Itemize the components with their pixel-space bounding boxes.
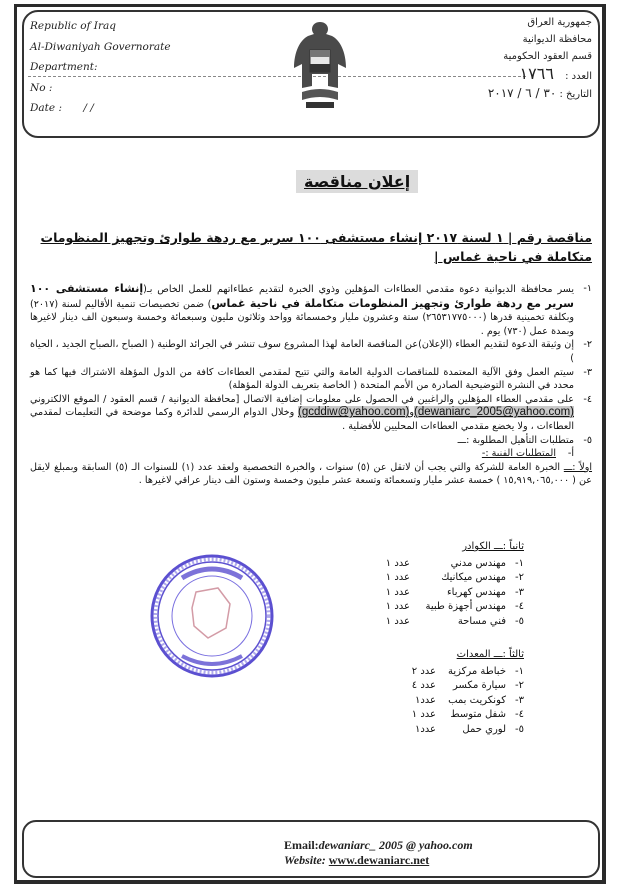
date-label-en: Date : [30,102,62,114]
email-label: Email: [284,838,319,852]
row-num: ٣- [506,694,524,709]
item-number: ٥- [574,434,592,448]
iraq-eagle-emblem-icon [288,16,352,112]
list-item: ٢- إن وثيقة الدعوة لتقديم العطاء (الإعلا… [30,338,592,365]
row-num: ٣- [506,586,524,601]
table-row: ٥-فني مساحةعدد ١ [386,615,524,630]
row-count: عدد ١ [386,557,410,572]
row-num: ٥- [506,615,524,630]
tender-subject: مناقصة رقم | ١ لسنة ٢٠١٧ إنشاء مستشفى ١٠… [30,228,592,266]
row-name: كونكريت بمب [436,694,506,709]
staff-list: ثانياً :ـــ الكوادر ١-مهندس مدنيعدد ١ ٢-… [386,540,524,630]
letterhead-arabic: جمهورية العراق محافظة الديوانية قسم العق… [488,14,592,103]
footer-website-link[interactable]: www.dewaniarc.net [329,853,429,867]
row-num: ٢- [506,679,524,694]
row-count: عدد ٤ [412,679,436,694]
letterhead-english: Republic of Iraq Al-Diwaniyah Governorat… [30,16,171,119]
number-row-ar: العدد : ١٧٦٦ [488,65,592,85]
row-name: مهندس ميكانيك [410,571,506,586]
date-label-ar: التاريخ : [559,89,592,100]
website-label: Website: [284,853,326,867]
email-link-secondary[interactable]: (gcddiw@yahoo.com) [298,406,409,418]
staff-header: ثانياً :ـــ الكوادر [386,540,524,555]
table-row: ٤-شفل متوسطعدد ١ [412,708,524,723]
item-text: متطلبات التأهيل المطلوبة :ـــ [30,434,574,448]
footer-website-row: Website: www.dewaniarc.net [284,853,473,868]
official-stamp-icon [148,552,276,680]
item-text: سيتم العمل وفق الآلية المعتمدة للمناقصات… [30,366,574,393]
row-name: لوري حمل [436,723,506,738]
item-text: يسر محافظة الديوانية دعوة مقدمي العطاءات… [143,284,574,295]
footer-email-row: Email:dewaniarc_ 2005 @ yahoo.com [284,838,473,853]
row-count: عدد١ [415,694,436,709]
sub-text: الخبرة العامة للشركة والتي يجب أن لاتقل … [30,462,592,487]
date-row-en: Date : / / [30,98,171,119]
table-row: ١-خباطة مركزيةعدد ٢ [412,665,524,680]
item-number: أ- [556,447,574,461]
row-num: ٢- [506,571,524,586]
list-item: ١- يسر محافظة الديوانية دعوة مقدمي العطا… [30,282,592,338]
row-name: شفل متوسط [436,708,506,723]
sub-label: اولاً :ـــ [564,462,592,473]
governorate-en: Al-Diwaniyah Governorate [30,37,171,58]
number-label-ar: العدد : [565,71,592,82]
row-name: مهندس مدني [410,557,506,572]
row-num: ١- [506,557,524,572]
row-name: مهندس أجهزة طبية [410,600,506,615]
row-num: ٤- [506,708,524,723]
table-row: ١-مهندس مدنيعدد ١ [386,557,524,572]
row-name: خباطة مركزية [436,665,506,680]
list-item: ٤- على مقدمي العطاء المؤهلين والراغبين ف… [30,393,592,434]
row-count: عدد ١ [386,600,410,615]
row-name: سيارة مكسر [436,679,506,694]
footer-contact: Email:dewaniarc_ 2005 @ yahoo.com Websit… [284,838,473,868]
email-link-primary[interactable]: (dewaniarc_2005@yahoo.com) [414,406,574,418]
row-num: ١- [506,665,524,680]
row-num: ٥- [506,723,524,738]
row-count: عدد ١ [386,586,410,601]
item-text: المتطلبات الفنية :- [30,447,556,461]
row-count: عدد ١ [386,571,410,586]
row-name: فني مساحة [410,615,506,630]
page-title: إعلان مناقصة [296,170,418,193]
date-placeholder-en: / / [83,102,93,114]
country-en: Republic of Iraq [30,16,171,37]
row-count: عدد١ [415,723,436,738]
row-count: عدد ١ [412,708,436,723]
technical-requirement-first: اولاً :ـــ الخبرة العامة للشركة والتي يج… [30,461,592,488]
item-text: على مقدمي العطاء المؤهلين والراغبين في ا… [30,394,574,405]
row-name: مهندس كهرباء [410,586,506,601]
number-label-en: No : [30,78,171,99]
list-item: ٣- سيتم العمل وفق الآلية المعتمدة للمناق… [30,366,592,393]
governorate-ar: محافظة الديوانية [488,31,592,48]
table-row: ٤-مهندس أجهزة طبيةعدد ١ [386,600,524,615]
equipment-list: ثالثاً :ـــ المعدات ١-خباطة مركزيةعدد ٢ … [412,648,524,738]
item-number: ١- [574,282,592,338]
tender-body: ١- يسر محافظة الديوانية دعوة مقدمي العطا… [30,282,592,488]
number-value-ar: ١٧٦٦ [520,64,554,83]
table-row: ٣-كونكريت بمبعدد١ [412,694,524,709]
item-number: ٤- [574,393,592,434]
row-count: عدد ١ [386,615,410,630]
item-number: ٣- [574,366,592,393]
item-text: إن وثيقة الدعوة لتقديم العطاء (الإعلان)ع… [30,338,574,365]
table-row: ٢-مهندس ميكانيكعدد ١ [386,571,524,586]
department-divider [28,76,526,77]
department-label-en: Department: [30,57,171,78]
date-value-ar: ٣٠ / ٦ / ٢٠١٧ [488,86,556,100]
table-row: ٥-لوري حملعدد١ [412,723,524,738]
table-row: ٢-سيارة مكسرعدد ٤ [412,679,524,694]
equipment-header: ثالثاً :ـــ المعدات [412,648,524,663]
footer-email[interactable]: dewaniarc_ 2005 @ yahoo.com [319,838,473,852]
table-row: ٣-مهندس كهرباءعدد ١ [386,586,524,601]
list-item: ٥- متطلبات التأهيل المطلوبة :ـــ [30,434,592,448]
row-num: ٤- [506,600,524,615]
department-ar: قسم العقود الحكومية [488,48,592,65]
country-ar: جمهورية العراق [488,14,592,31]
item-number: ٢- [574,338,592,365]
row-count: عدد ٢ [412,665,436,680]
date-row-ar: التاريخ : ٣٠ / ٦ / ٢٠١٧ [488,85,592,103]
technical-requirements-heading: أ- المتطلبات الفنية :- [30,447,574,461]
